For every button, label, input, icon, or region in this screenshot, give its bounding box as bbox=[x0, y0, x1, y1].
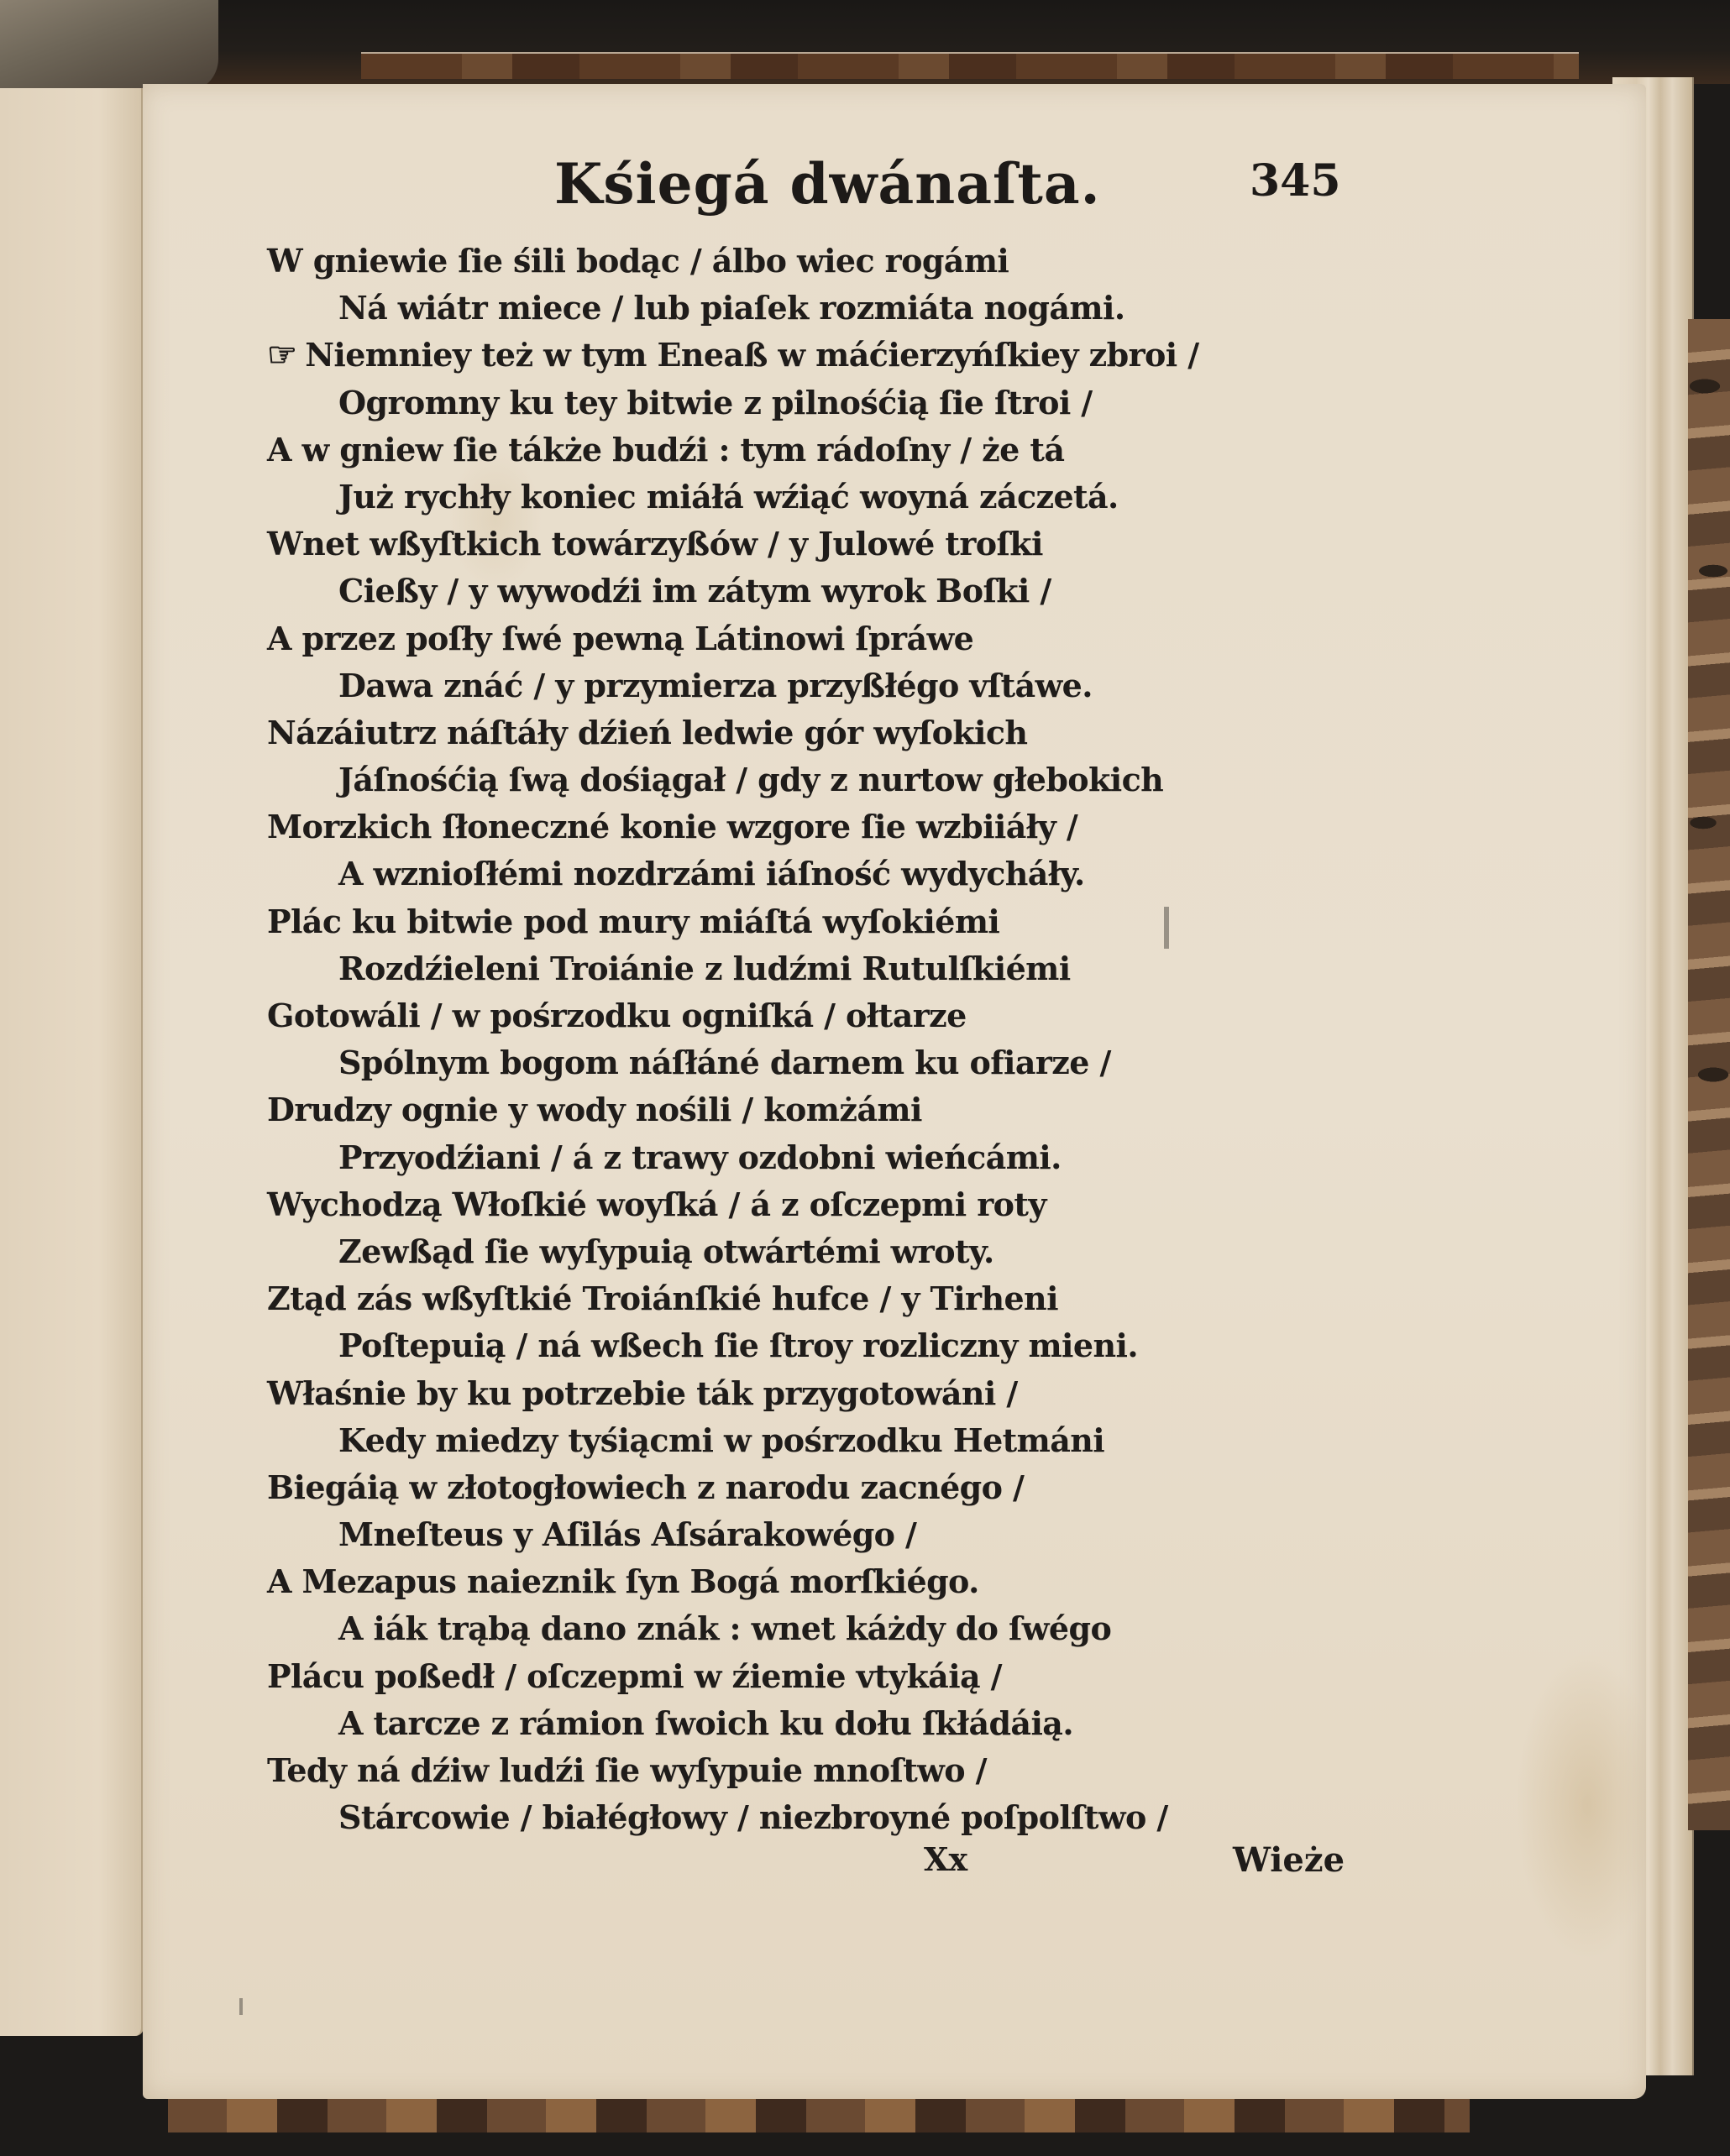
verse-line: Morzkich ſłoneczné konie wzgore ſie wzbi… bbox=[267, 803, 1275, 850]
verse-line: Biegáią w złotogłowiech z narodu zacnégo… bbox=[267, 1464, 1275, 1511]
headband bbox=[361, 52, 1579, 79]
running-title: Kśiegá dwánaſta. bbox=[554, 151, 1101, 217]
verse-text: W gniewie ſie śili bodąc / álbo wiec rog… bbox=[267, 242, 1009, 280]
verse-line: ☞Niemniey też w tym Eneaß w máćierzyńſki… bbox=[267, 332, 1275, 379]
verse-text: Stárcowie / białégłowy / niezbroyné poſp… bbox=[338, 1798, 1168, 1836]
verse-line: A tarcze z rámion ſwoich ku dołu ſkłádái… bbox=[267, 1700, 1275, 1747]
verse-line: Kedy miedzy tyśiącmi w pośrzodku Hetmáni bbox=[267, 1417, 1275, 1464]
verse-text: Niemniey też w tym Eneaß w máćierzyńſkie… bbox=[305, 336, 1198, 374]
verse-text: Ná wiátr miece / lub piaſek rozmiáta nog… bbox=[338, 289, 1124, 327]
verse-line: Plácu poßedł / oſczepmi w źiemie vtykáią… bbox=[267, 1653, 1275, 1700]
margin-ink-mark bbox=[239, 1998, 243, 2015]
verse-line: Ztąd zás wßyſtkié Troiánſkié hufce / y T… bbox=[267, 1275, 1275, 1322]
verse-line: Zewßąd ſie wyſypuią otwártémi wroty. bbox=[267, 1228, 1275, 1275]
verse-line: Mneſteus y Aſilás Aſsárakowégo / bbox=[267, 1511, 1275, 1558]
verse-line: Jáſnośćią ſwą dośiągał / gdy z nurtow gł… bbox=[267, 756, 1275, 803]
verse-text: Ztąd zás wßyſtkié Troiánſkié hufce / y T… bbox=[267, 1279, 1058, 1317]
verse-text: Plác ku bitwie pod mury miáſtá wyſokiémi bbox=[267, 903, 999, 940]
verse-text: A wznioſłémi nozdrzámi iáſność wydycháły… bbox=[338, 855, 1085, 892]
verse-text: A iák trąbą dano znák : wnet káżdy do ſw… bbox=[338, 1609, 1111, 1647]
verse-line: A przez poſły ſwé pewną Látinowi ſpráwe bbox=[267, 615, 1275, 662]
verse-line: Właśnie by ku potrzebie ták przygotowáni… bbox=[267, 1370, 1275, 1417]
verse-line: Poſtepuią / ná wßech ſie ſtroy rozliczny… bbox=[267, 1322, 1275, 1369]
marbled-cover bbox=[1688, 319, 1730, 1830]
verse-line: Plác ku bitwie pod mury miáſtá wyſokiémi bbox=[267, 898, 1275, 945]
verse-text: Wnet wßyſtkich towárzyßów / y Julowé tro… bbox=[267, 525, 1043, 563]
verse-text: Zewßąd ſie wyſypuią otwártémi wroty. bbox=[338, 1232, 994, 1270]
verse-text: Gotowáli / w pośrzodku ogniſká / ołtarze bbox=[267, 997, 967, 1034]
catchword: Wieże bbox=[1233, 1840, 1345, 1880]
verse-line: Drudzy ognie y wody nośili / komżámi bbox=[267, 1086, 1275, 1133]
verse-line: W gniewie ſie śili bodąc / álbo wiec rog… bbox=[267, 238, 1275, 285]
verse-line: Cießy / y wywodźi im zátym wyrok Boſki / bbox=[267, 568, 1275, 615]
verse-text: A Mezapus naieznik ſyn Bogá morſkiégo. bbox=[267, 1562, 979, 1600]
verse-text: Wychodzą Włoſkié woyſká / á z oſczepmi r… bbox=[267, 1185, 1046, 1223]
verse-line: Dawa znáć / y przymierza przyßłégo vſtáw… bbox=[267, 662, 1275, 709]
verse-line: A Mezapus naieznik ſyn Bogá morſkiégo. bbox=[267, 1558, 1275, 1605]
verse-line: Ná wiátr miece / lub piaſek rozmiáta nog… bbox=[267, 285, 1275, 332]
verse-text: A w gniew ſie tákże budźi : tym rádoſny … bbox=[267, 431, 1064, 468]
verse-text: Poſtepuią / ná wßech ſie ſtroy rozliczny… bbox=[338, 1327, 1138, 1364]
verse-line: Przyodźiani / á z trawy ozdobni wieńcámi… bbox=[267, 1134, 1275, 1181]
binding-cloth bbox=[0, 0, 218, 92]
verse-text: A tarcze z rámion ſwoich ku dołu ſkłádái… bbox=[338, 1704, 1073, 1742]
verse-text: Názáiutrz náſtáły dźień ledwie gór wyſok… bbox=[267, 714, 1027, 751]
verse-text: A przez poſły ſwé pewną Látinowi ſpráwe bbox=[267, 620, 973, 657]
page-number: 345 bbox=[1250, 155, 1341, 207]
verse-text: Mneſteus y Aſilás Aſsárakowégo / bbox=[338, 1515, 916, 1553]
verse-line: A wznioſłémi nozdrzámi iáſność wydycháły… bbox=[267, 850, 1275, 897]
verse-text: Już rychły koniec miáłá wźiąć woyná zácz… bbox=[338, 478, 1119, 515]
verse-line: Gotowáli / w pośrzodku ogniſká / ołtarze bbox=[267, 992, 1275, 1039]
verse-text: Biegáią w złotogłowiech z narodu zacnégo… bbox=[267, 1468, 1024, 1506]
verse-text: Kedy miedzy tyśiącmi w pośrzodku Hetmáni bbox=[338, 1421, 1104, 1459]
verse-line: Wnet wßyſtkich towárzyßów / y Julowé tro… bbox=[267, 521, 1275, 568]
verse-text: Cießy / y wywodźi im zátym wyrok Boſki / bbox=[338, 572, 1051, 610]
verse-text: Drudzy ognie y wody nośili / komżámi bbox=[267, 1091, 922, 1128]
verse-text: Morzkich ſłoneczné konie wzgore ſie wzbi… bbox=[267, 808, 1077, 845]
paragraph-mark-icon: ☞ bbox=[267, 332, 296, 379]
verse-text: Ogromny ku tey bitwie z pilnośćią ſie ſt… bbox=[338, 384, 1093, 421]
verse-text: Plácu poßedł / oſczepmi w źiemie vtykáią… bbox=[267, 1657, 1002, 1695]
verse-text: W gniewie ſie śili bodąc / álbo wiec rog… bbox=[267, 238, 1275, 1841]
verse-line: A iák trąbą dano znák : wnet káżdy do ſw… bbox=[267, 1605, 1275, 1652]
verse-line: Już rychły koniec miáłá wźiąć woyná zácz… bbox=[267, 474, 1275, 521]
verse-line: Wychodzą Włoſkié woyſká / á z oſczepmi r… bbox=[267, 1181, 1275, 1228]
left-page-edge bbox=[0, 88, 144, 2036]
verse-line: Rozdźieleni Troiánie z ludźmi Rutulſkiém… bbox=[267, 945, 1275, 992]
verse-text: Tedy ná dźiw ludźi ſie wyſypuie mnoſtwo … bbox=[267, 1751, 987, 1789]
verse-line: Stárcowie / białégłowy / niezbroyné poſp… bbox=[267, 1794, 1275, 1841]
verse-text: Spólnym bogom náſłáné darnem ku ofiarze … bbox=[338, 1044, 1111, 1081]
verse-line: Názáiutrz náſtáły dźień ledwie gór wyſok… bbox=[267, 709, 1275, 756]
verse-text: Właśnie by ku potrzebie ták przygotowáni… bbox=[267, 1374, 1018, 1412]
verse-line: Spólnym bogom náſłáné darnem ku ofiarze … bbox=[267, 1039, 1275, 1086]
signature-mark: Xx bbox=[924, 1840, 967, 1878]
verse-text: Rozdźieleni Troiánie z ludźmi Rutulſkiém… bbox=[338, 950, 1071, 987]
verse-text: Przyodźiani / á z trawy ozdobni wieńcámi… bbox=[338, 1138, 1062, 1176]
verse-line: Ogromny ku tey bitwie z pilnośćią ſie ſt… bbox=[267, 379, 1275, 426]
verse-text: Jáſnośćią ſwą dośiągał / gdy z nurtow gł… bbox=[338, 761, 1163, 798]
verse-text: Dawa znáć / y przymierza przyßłégo vſtáw… bbox=[338, 667, 1093, 704]
verse-line: Tedy ná dźiw ludźi ſie wyſypuie mnoſtwo … bbox=[267, 1747, 1275, 1794]
verse-line: A w gniew ſie tákże budźi : tym rádoſny … bbox=[267, 426, 1275, 474]
book-binding-top bbox=[0, 0, 1730, 84]
